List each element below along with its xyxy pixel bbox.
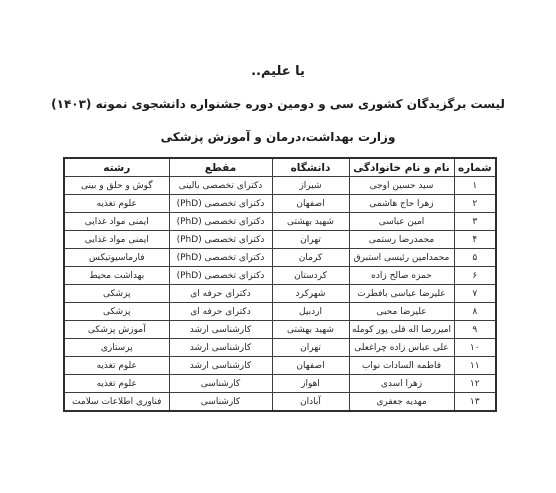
table-row: ۱سید حسین اوجیشیرازدکترای تخصصی بالینیگو…: [64, 177, 496, 195]
cell-field: علوم تغذیه: [64, 357, 169, 375]
cell-number: ۱۰: [454, 339, 496, 357]
cell-number: ۱۱: [454, 357, 496, 375]
table-row: ۱۰علی عباس زاده چراغعلیتهرانکارشناسی ارش…: [64, 339, 496, 357]
cell-degree: دکترای تخصصی (PhD): [169, 231, 272, 249]
cell-field: پزشکی: [64, 303, 169, 321]
list-title: لیست برگزیدگان کشوری سی و دومین دوره جشن…: [0, 97, 556, 111]
cell-degree: دکترای حرفه ای: [169, 285, 272, 303]
cell-university: اصفهان: [272, 357, 349, 375]
cell-name: علیرضا عباسی بافطرت: [349, 285, 454, 303]
cell-number: ۹: [454, 321, 496, 339]
cell-field: فارماسیوتیکس: [64, 249, 169, 267]
col-header-field: رشته: [64, 158, 169, 177]
cell-university: شهید بهشتی: [272, 321, 349, 339]
winners-table-wrapper: شماره نام و نام خانوادگی دانشگاه مقطع رش…: [65, 157, 497, 412]
table-row: ۹امیررضا اله قلی پور کوملهشهید بهشتیکارش…: [64, 321, 496, 339]
cell-degree: دکترای تخصصی (PhD): [169, 195, 272, 213]
cell-name: مهدیه جعفری: [349, 393, 454, 412]
col-header-degree: مقطع: [169, 158, 272, 177]
cell-name: زهرا اسدی: [349, 375, 454, 393]
cell-name: سید حسین اوجی: [349, 177, 454, 195]
cell-number: ۵: [454, 249, 496, 267]
cell-university: اصفهان: [272, 195, 349, 213]
table-row: ۷علیرضا عباسی بافطرتشهرکرددکترای حرفه ای…: [64, 285, 496, 303]
winners-table: شماره نام و نام خانوادگی دانشگاه مقطع رش…: [63, 157, 497, 412]
cell-degree: دکترای تخصصی (PhD): [169, 249, 272, 267]
cell-degree: دکترای تخصصی (PhD): [169, 213, 272, 231]
cell-number: ۶: [454, 267, 496, 285]
document-header: یا علیم.. لیست برگزیدگان کشوری سی و دومی…: [0, 0, 556, 144]
cell-university: شهرکرد: [272, 285, 349, 303]
cell-university: اردبیل: [272, 303, 349, 321]
col-header-university: دانشگاه: [272, 158, 349, 177]
cell-university: کرمان: [272, 249, 349, 267]
table-row: ۶حمزه صالح زادهکردستاندکترای تخصصی (PhD)…: [64, 267, 496, 285]
table-row: ۳امین عباسیشهید بهشتیدکترای تخصصی (PhD)ا…: [64, 213, 496, 231]
cell-field: فناوری اطلاعات سلامت: [64, 393, 169, 412]
cell-number: ۱۲: [454, 375, 496, 393]
cell-degree: کارشناسی: [169, 393, 272, 412]
table-row: ۱۱فاطمه السادات نواباصفهانکارشناسی ارشدع…: [64, 357, 496, 375]
cell-degree: کارشناسی ارشد: [169, 357, 272, 375]
table-row: ۲زهرا حاج هاشمیاصفهاندکترای تخصصی (PhD)ع…: [64, 195, 496, 213]
cell-name: علی عباس زاده چراغعلی: [349, 339, 454, 357]
cell-number: ۳: [454, 213, 496, 231]
cell-name: امین عباسی: [349, 213, 454, 231]
cell-name: حمزه صالح زاده: [349, 267, 454, 285]
cell-university: تهران: [272, 339, 349, 357]
cell-university: اهواز: [272, 375, 349, 393]
cell-name: علیرضا محبی: [349, 303, 454, 321]
cell-number: ۱: [454, 177, 496, 195]
cell-university: تهران: [272, 231, 349, 249]
cell-field: پرستاری: [64, 339, 169, 357]
cell-name: زهرا حاج هاشمی: [349, 195, 454, 213]
table-body: ۱سید حسین اوجیشیرازدکترای تخصصی بالینیگو…: [64, 177, 496, 412]
table-row: ۴محمدرضا رستمیتهراندکترای تخصصی (PhD)ایم…: [64, 231, 496, 249]
ministry-title: وزارت بهداشت،درمان و آموزش پزشکی: [0, 130, 556, 144]
invocation-title: یا علیم..: [0, 0, 556, 79]
cell-degree: کارشناسی: [169, 375, 272, 393]
cell-name: امیررضا اله قلی پور کومله: [349, 321, 454, 339]
cell-number: ۴: [454, 231, 496, 249]
table-row: ۸علیرضا محبیاردبیلدکترای حرفه ایپزشکی: [64, 303, 496, 321]
document-page: یا علیم.. لیست برگزیدگان کشوری سی و دومی…: [0, 0, 556, 493]
cell-degree: دکترای تخصصی (PhD): [169, 267, 272, 285]
table-row: ۱۲زهرا اسدیاهوازکارشناسیعلوم تغذیه: [64, 375, 496, 393]
col-header-name: نام و نام خانوادگی: [349, 158, 454, 177]
cell-university: شهید بهشتی: [272, 213, 349, 231]
cell-degree: کارشناسی ارشد: [169, 339, 272, 357]
cell-university: شیراز: [272, 177, 349, 195]
cell-name: محمدامین رئیسی استبرق: [349, 249, 454, 267]
cell-field: ایمنی مواد غذایی: [64, 213, 169, 231]
cell-field: آموزش پزشکی: [64, 321, 169, 339]
cell-name: فاطمه السادات نواب: [349, 357, 454, 375]
cell-name: محمدرضا رستمی: [349, 231, 454, 249]
cell-field: علوم تغذیه: [64, 375, 169, 393]
table-row: ۱۳مهدیه جعفریآبادانکارشناسیفناوری اطلاعا…: [64, 393, 496, 412]
cell-number: ۱۳: [454, 393, 496, 412]
cell-university: کردستان: [272, 267, 349, 285]
cell-field: ایمنی مواد غذایی: [64, 231, 169, 249]
col-header-number: شماره: [454, 158, 496, 177]
cell-number: ۲: [454, 195, 496, 213]
cell-university: آبادان: [272, 393, 349, 412]
cell-field: علوم تغذیه: [64, 195, 169, 213]
table-header-row: شماره نام و نام خانوادگی دانشگاه مقطع رش…: [64, 158, 496, 177]
cell-degree: دکترای تخصصی بالینی: [169, 177, 272, 195]
table-row: ۵محمدامین رئیسی استبرقکرماندکترای تخصصی …: [64, 249, 496, 267]
cell-field: پزشکی: [64, 285, 169, 303]
cell-field: بهداشت محیط: [64, 267, 169, 285]
cell-degree: کارشناسی ارشد: [169, 321, 272, 339]
cell-degree: دکترای حرفه ای: [169, 303, 272, 321]
cell-number: ۷: [454, 285, 496, 303]
cell-number: ۸: [454, 303, 496, 321]
cell-field: گوش و حلق و بینی: [64, 177, 169, 195]
